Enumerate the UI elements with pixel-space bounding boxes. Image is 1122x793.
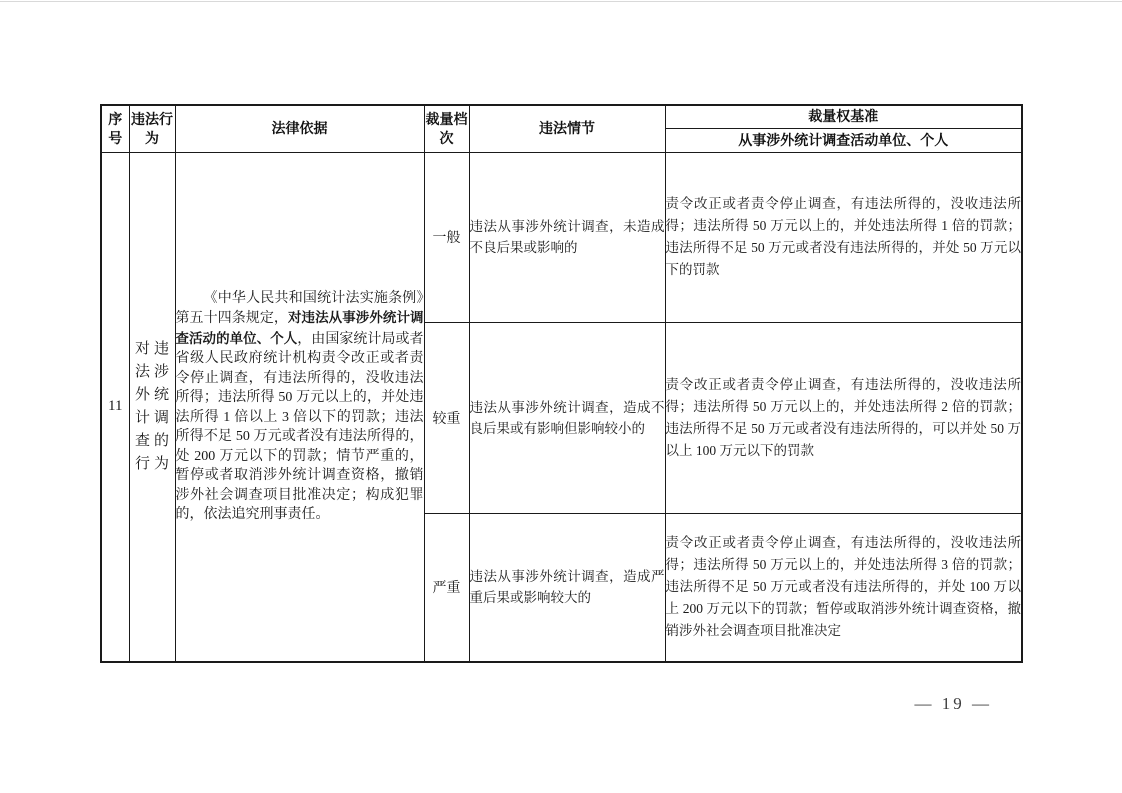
level-cell-severe: 严重 bbox=[424, 513, 469, 662]
legal-basis-paragraph: 《中华人民共和国统计法实施条例》第五十四条规定，对违法从事涉外统计调查活动的单位… bbox=[176, 289, 424, 525]
legal-basis-cell: 《中华人民共和国统计法实施条例》第五十四条规定，对违法从事涉外统计调查活动的单位… bbox=[175, 152, 424, 662]
page-number: — 19 — bbox=[915, 694, 993, 714]
legal-basis-post: ，由国家统计局或者省级人民政府统计机构责令改正或者责令停止调查，有违法所得的，没… bbox=[176, 332, 424, 523]
benchmark-cell-serious: 责令改正或者责令停止调查，有违法所得的，没收违法所得；违法所得 50 万元以上的… bbox=[665, 322, 1022, 513]
circumstance-cell-general: 违法从事涉外统计调查，未造成不良后果或影响的 bbox=[469, 152, 665, 322]
col-header-behavior: 违法行为 bbox=[129, 105, 175, 152]
scan-edge-line bbox=[0, 1, 1122, 2]
table-row-general: 11 对违法涉外统计调查的行为 《中华人民共和国统计法实施条例》第五十四条规定，… bbox=[101, 152, 1022, 322]
col-header-benchmark-sub: 从事涉外统计调查活动单位、个人 bbox=[665, 128, 1022, 152]
circumstance-cell-severe: 违法从事涉外统计调查，造成严重后果或影响较大的 bbox=[469, 513, 665, 662]
col-header-seq: 序号 bbox=[101, 105, 129, 152]
col-header-level: 裁量档次 bbox=[424, 105, 469, 152]
behavior-cell: 对违法涉外统计调查的行为 bbox=[129, 152, 175, 662]
level-cell-serious: 较重 bbox=[424, 322, 469, 513]
level-cell-general: 一般 bbox=[424, 152, 469, 322]
behavior-text: 对违法涉外统计调查的行为 bbox=[135, 338, 169, 476]
benchmark-cell-general: 责令改正或者责令停止调查，有违法所得的，没收违法所得；违法所得 50 万元以上的… bbox=[665, 152, 1022, 322]
col-header-benchmark: 裁量权基准 bbox=[665, 105, 1022, 128]
circumstance-cell-serious: 违法从事涉外统计调查，造成不良后果或有影响但影响较小的 bbox=[469, 322, 665, 513]
penalty-discretion-table: 序号 违法行为 法律依据 裁量档次 违法情节 裁量权基准 从事涉外统计调查活动单… bbox=[100, 104, 1023, 663]
benchmark-cell-severe: 责令改正或者责令停止调查，有违法所得的，没收违法所得；违法所得 50 万元以上的… bbox=[665, 513, 1022, 662]
col-header-circumstances: 违法情节 bbox=[469, 105, 665, 152]
seq-cell: 11 bbox=[101, 152, 129, 662]
document-page: 序号 违法行为 法律依据 裁量档次 违法情节 裁量权基准 从事涉外统计调查活动单… bbox=[0, 0, 1122, 793]
col-header-legal-basis: 法律依据 bbox=[175, 105, 424, 152]
